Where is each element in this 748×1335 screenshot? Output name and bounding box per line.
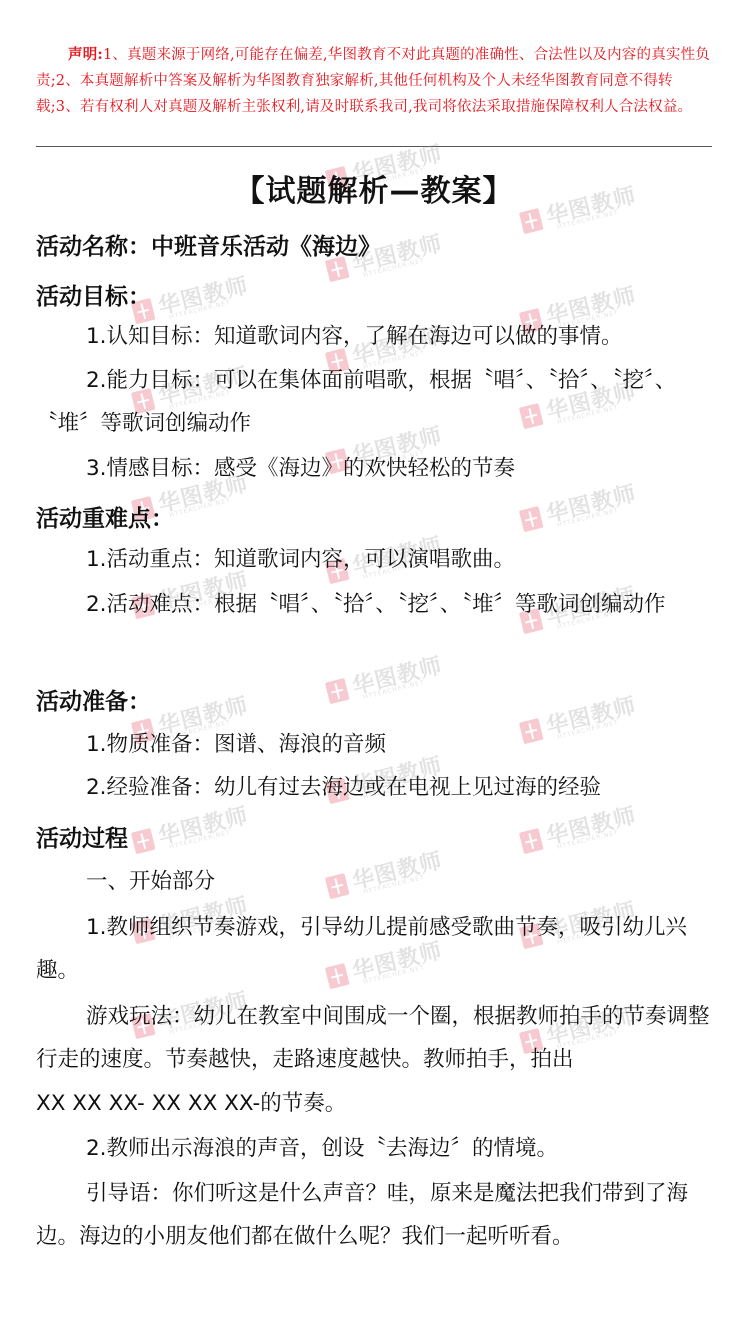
key-point-item: 1.活动重点：知道歌词内容，可以演唱歌曲。 — [36, 538, 716, 581]
header-divider — [36, 146, 712, 147]
disclaimer-lead: 声明: — [68, 46, 103, 63]
page-title: 【试题解析—教案】 — [0, 166, 748, 210]
preparation-item: 1.物质准备：图谱、海浪的音频 — [36, 723, 716, 766]
preparation-item: 2.经验准备：幼儿有过去海边或在电视上见过海的经验 — [36, 766, 716, 809]
process-paragraph: 1.教师组织节奏游戏，引导幼儿提前感受歌曲节奏，吸引幼儿兴趣。 — [36, 906, 716, 992]
disclaimer: 声明:1、真题来源于网络,可能存在偏差,华图教育不对此真题的准确性、合法性以及内… — [36, 42, 712, 120]
process-section-title: 一、开始部分 — [36, 860, 716, 903]
process-heading: 活动过程 — [36, 820, 128, 853]
key-point-item: 2.活动难点：根据〝唱〞、〝拾〞、〝挖〞、〝堆〞等歌词创编动作 — [36, 583, 716, 626]
goal-item: 2.能力目标：可以在集体面前唱歌，根据〝唱〞、〝拾〞、〝挖〞、〝堆〞等歌词创编动… — [36, 359, 716, 445]
process-paragraph: 引导语：你们听这是什么声音？哇，原来是魔法把我们带到了海边。海边的小朋友他们都在… — [36, 1172, 716, 1258]
process-rhythm-line: XX XX XX- XX XX XX-的节奏。 — [36, 1082, 716, 1125]
preparation-heading: 活动准备： — [36, 683, 151, 716]
goal-item: 3.情感目标：感受《海边》的欢快轻松的节奏 — [36, 447, 716, 490]
disclaimer-text: 1、真题来源于网络,可能存在偏差,华图教育不对此真题的准确性、合法性以及内容的真… — [36, 47, 710, 115]
process-paragraph: 游戏玩法：幼儿在教室中间围成一个圈，根据教师拍手的节奏调整行走的速度。节奏越快，… — [36, 995, 716, 1081]
key-points-heading: 活动重难点： — [36, 500, 174, 533]
goal-item: 1.认知目标：知道歌词内容，了解在海边可以做的事情。 — [36, 315, 716, 358]
activity-name-heading: 活动名称：中班音乐活动《海边》 — [36, 228, 381, 261]
goals-heading: 活动目标： — [36, 278, 151, 311]
watermark-logo-icon: 华图教师HTTEACHER.NET — [323, 646, 449, 714]
process-paragraph: 2.教师出示海浪的声音，创设〝去海边〞的情境。 — [36, 1127, 716, 1170]
